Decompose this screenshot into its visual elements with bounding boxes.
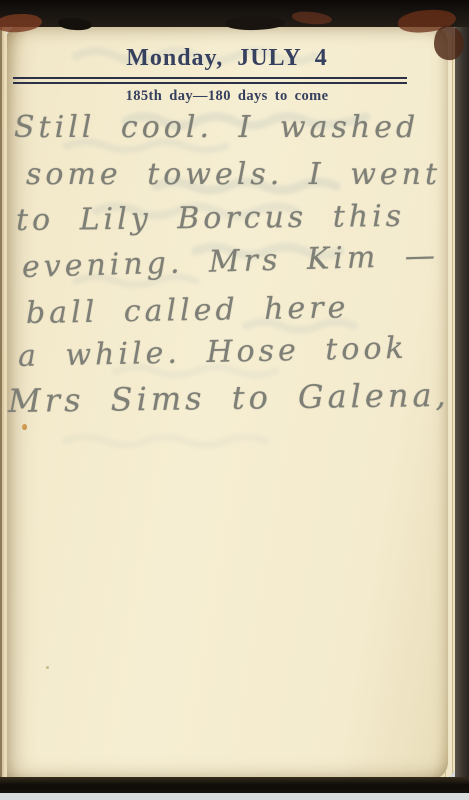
stain-speck [22,424,27,430]
page-title: Monday, JULY 4 [6,45,448,72]
paper-smudge [46,666,49,669]
scanner-background [0,793,469,800]
book-cover-right-edge [455,0,469,793]
page-left-binding-edge [0,27,7,778]
scanned-diary-photo: Monday, JULY 4 185th day—180 days to com… [0,0,469,800]
handwriting-line: some towels. I went [26,157,441,192]
handwriting-line: ball called here [26,290,350,331]
handwriting-line: evening. Mrs Kim — [22,238,440,285]
double-rule [13,77,407,84]
diary-page: Monday, JULY 4 185th day—180 days to com… [6,26,448,780]
handwriting-line: a while. Hose took [18,331,408,374]
handwriting-line: Still cool. I washed [14,110,419,145]
day-count-subtitle: 185th day—180 days to come [6,88,448,105]
handwriting-line: to Lily Borcus this [16,199,405,238]
handwriting-line: Mrs Sims to Galena, [8,376,450,420]
